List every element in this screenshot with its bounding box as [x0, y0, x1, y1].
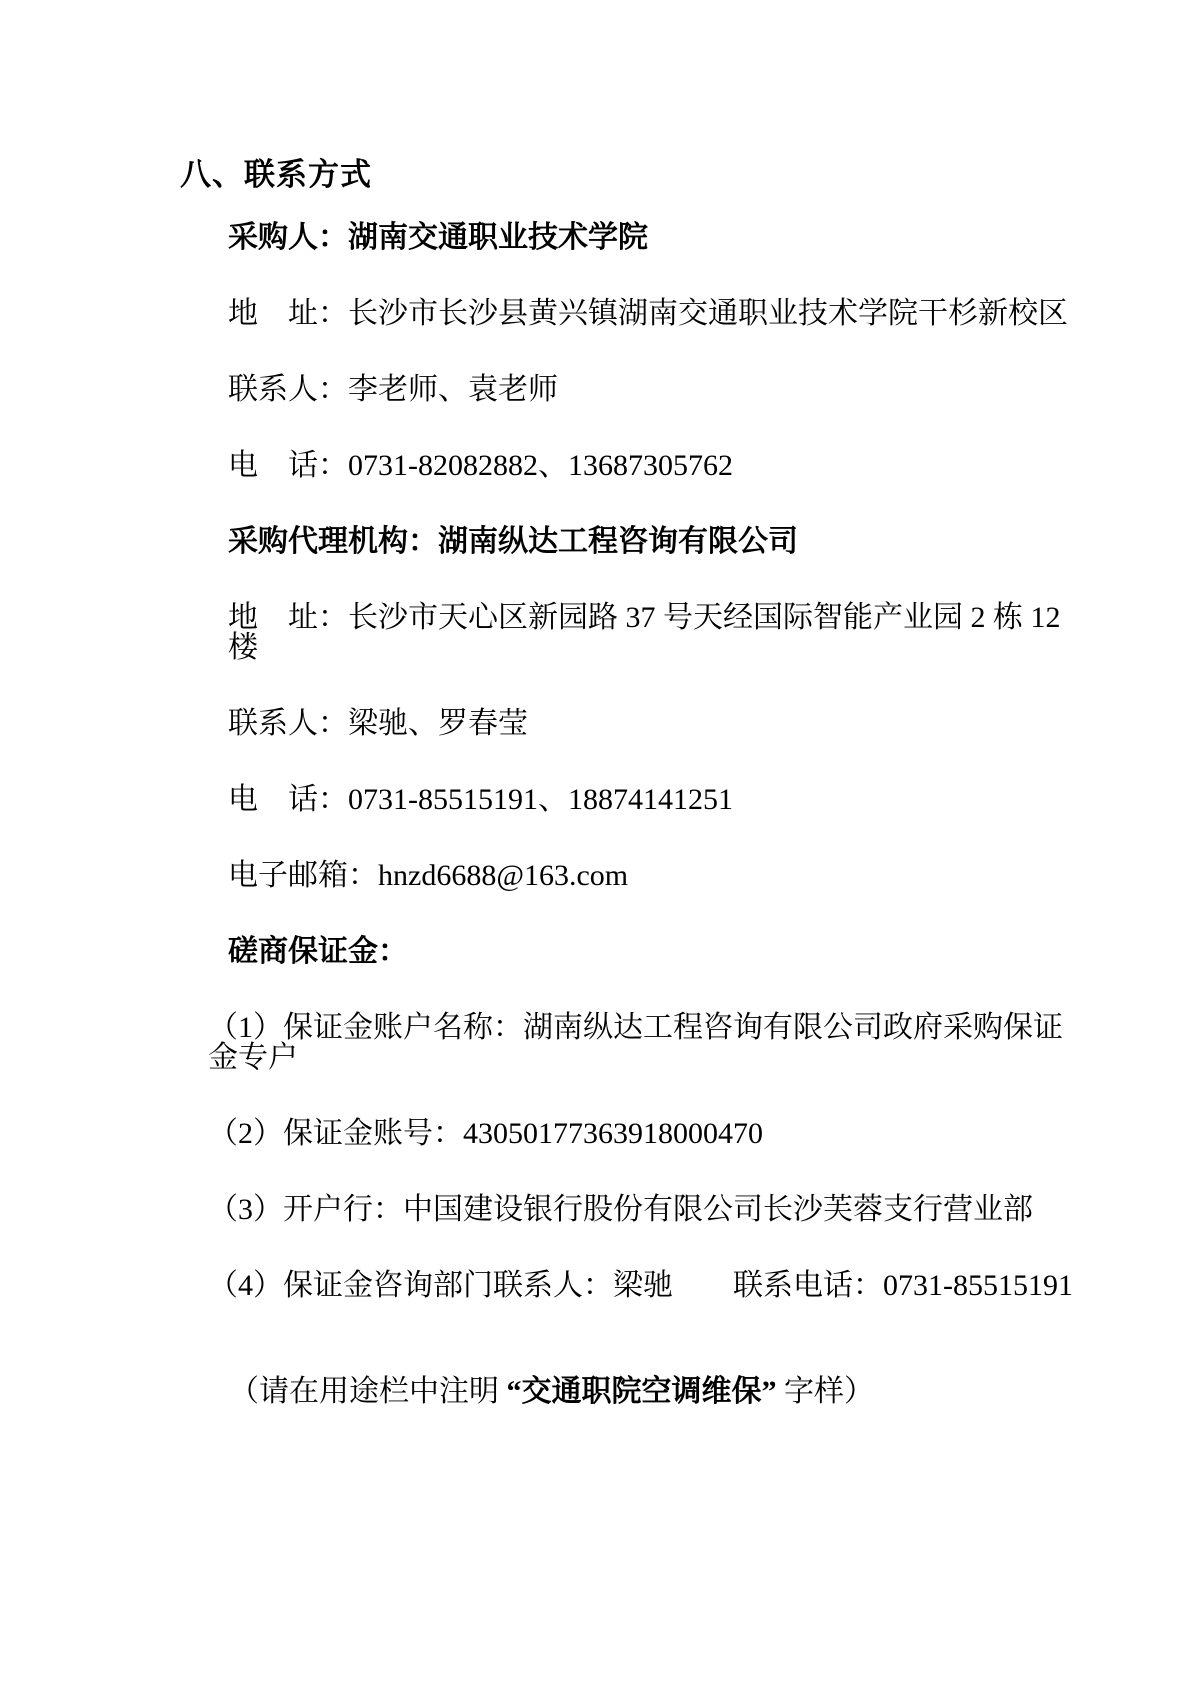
agency-address: 地 址：长沙市天心区新园路 37 号天经国际智能产业园 2 栋 12 楼: [228, 603, 1091, 663]
agency-email: 电子邮箱：hnzd6688@163.com: [228, 861, 1091, 891]
agency-phone: 电 话：0731-85515191、18874141251: [228, 785, 1091, 815]
deposit-note-suffix: 字样）: [777, 1375, 875, 1408]
deposit-title: 磋商保证金：: [228, 937, 1091, 967]
deposit-item-account-number: （2）保证金账号：43050177363918000470: [208, 1119, 1091, 1149]
deposit-item-bank: （3）开户行：中国建设银行股份有限公司长沙芙蓉支行营业部: [208, 1195, 1091, 1225]
agency-contact: 联系人：梁驰、罗春莹: [228, 709, 1091, 739]
deposit-item-account-name: （1）保证金账户名称：湖南纵达工程咨询有限公司政府采购保证金专户: [208, 1013, 1091, 1073]
deposit-note: （请在用途栏中注明 “交通职院空调维保” 字样）: [199, 1347, 1091, 1437]
purchaser-address: 地 址：长沙市长沙县黄兴镇湖南交通职业技术学院干杉新校区: [228, 299, 1091, 329]
agency-title: 采购代理机构：湖南纵达工程咨询有限公司: [228, 527, 1091, 557]
deposit-note-prefix: （请在用途栏中注明: [229, 1375, 507, 1408]
purchaser-contact: 联系人：李老师、袁老师: [228, 375, 1091, 405]
section-heading: 八、联系方式: [180, 157, 1091, 193]
deposit-item-contact: （4）保证金咨询部门联系人：梁驰 联系电话：0731-85515191: [208, 1271, 1091, 1301]
purchaser-phone: 电 话：0731-82082882、13687305762: [228, 451, 1091, 481]
document-page: 八、联系方式 采购人：湖南交通职业技术学院 地 址：长沙市长沙县黄兴镇湖南交通职…: [0, 0, 1191, 1684]
deposit-note-emphasis: “交通职院空调维保”: [507, 1375, 777, 1408]
purchaser-title: 采购人：湖南交通职业技术学院: [228, 223, 1091, 253]
